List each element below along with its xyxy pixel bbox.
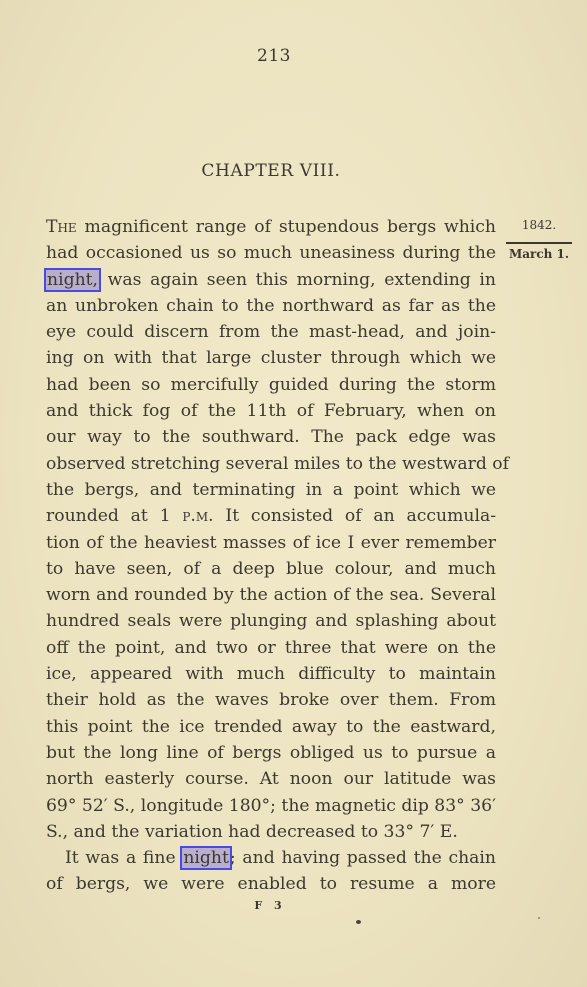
text-line: night, was again seen this morning, exte…	[46, 267, 496, 293]
page-number: 213	[0, 46, 548, 66]
text-line: hundred seals were plunging and splashin…	[46, 608, 496, 634]
paper-speck	[538, 917, 540, 919]
text-line: ice, appeared with much difficulty to ma…	[46, 661, 496, 687]
text-line: an unbroken chain to the northward as fa…	[46, 293, 496, 319]
search-highlight[interactable]: night	[182, 848, 230, 868]
text-line: of bergs, we were enabled to resume a mo…	[46, 871, 496, 897]
text-line: off the point, and two or three that wer…	[46, 635, 496, 661]
margin-year: 1842.	[506, 218, 572, 232]
text-line: had occasioned us so much uneasiness dur…	[46, 240, 496, 266]
chapter-title: CHAPTER VIII.	[0, 161, 542, 181]
text-line: our way to the southward. The pack edge …	[46, 424, 496, 450]
text-line: their hold as the waves broke over them.…	[46, 687, 496, 713]
body-text: The magnificent range of stupendous berg…	[46, 214, 496, 898]
text-line: 69° 52′ S., longitude 180°; the magnetic…	[46, 793, 496, 819]
text-line: the bergs, and terminating in a point wh…	[46, 477, 496, 503]
margin-rule	[506, 242, 572, 244]
text-line: S., and the variation had decreased to 3…	[46, 819, 496, 845]
text-line: It was a fine night; and having passed t…	[46, 845, 496, 871]
text-line: tion of the heaviest masses of ice I eve…	[46, 530, 496, 556]
small-caps: The	[46, 217, 77, 237]
small-caps: p.m.	[182, 506, 213, 526]
text-line: and thick fog of the 11th of February, w…	[46, 398, 496, 424]
text-line: The magnificent range of stupendous berg…	[46, 214, 496, 240]
search-highlight[interactable]: night,	[46, 270, 99, 290]
margin-note: 1842. March 1.	[506, 218, 572, 261]
text-line: had been so mercifully guided during the…	[46, 372, 496, 398]
book-page: 213 CHAPTER VIII. 1842. March 1. The mag…	[0, 0, 587, 987]
paper-speck	[356, 920, 361, 924]
text-line: ing on with that large cluster through w…	[46, 345, 496, 371]
text-line: north easterly course. At noon our latit…	[46, 766, 496, 792]
margin-date: March 1.	[506, 247, 572, 261]
printer-signature: F 3	[0, 899, 540, 912]
text-line: eye could discern from the mast-head, an…	[46, 319, 496, 345]
text-line: to have seen, of a deep blue colour, and…	[46, 556, 496, 582]
text-line: rounded at 1 p.m. It consisted of an acc…	[46, 503, 496, 529]
text-line: but the long line of bergs obliged us to…	[46, 740, 496, 766]
text-line: observed stretching several miles to the…	[46, 451, 496, 477]
text-line: worn and rounded by the action of the se…	[46, 582, 496, 608]
text-line: this point the ice trended away to the e…	[46, 714, 496, 740]
